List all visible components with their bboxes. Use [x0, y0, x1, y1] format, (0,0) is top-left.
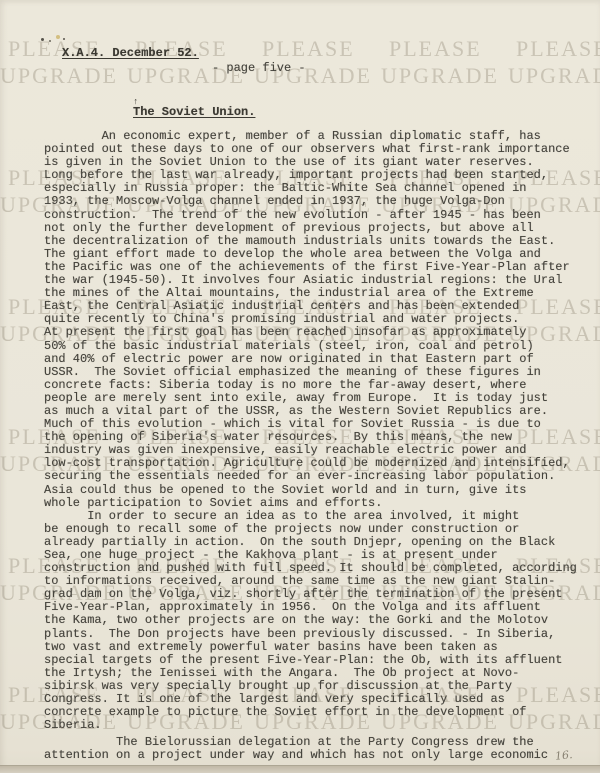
text-line: construction. The trend of the new evolu…: [44, 209, 577, 222]
text-line: 50% of the basic industrial materials (s…: [44, 340, 577, 353]
text-line: people are merely sent into exile, away …: [44, 392, 577, 405]
text-line: not only the further development of prev…: [44, 222, 577, 235]
watermark-text: UPGRADE: [508, 63, 600, 89]
text-line: the Irtysh; the Ienissei with the Angara…: [44, 667, 577, 680]
document-reference: X.A.4. December 52.: [62, 46, 199, 60]
paper-bottom-edge: [0, 765, 600, 773]
handwritten-page-number: 16.: [554, 748, 573, 763]
text-line: concrete facts: Siberia today is no more…: [44, 379, 577, 392]
paragraph: An economic expert, member of a Russian …: [44, 130, 577, 510]
text-line: USSR. The Soviet official emphasized the…: [44, 366, 577, 379]
text-line: two vast and extremely powerful water ba…: [44, 641, 577, 654]
text-line: the decentralization of the mamouth indu…: [44, 235, 577, 248]
text-line: plants. The Don projects have been previ…: [44, 628, 577, 641]
ink-speck: [63, 38, 65, 40]
ink-speck: [49, 40, 51, 42]
text-line: attention on a project under way and whi…: [44, 749, 577, 762]
text-line: In order to secure an idea as to the are…: [44, 510, 577, 523]
watermark-text: PLEASE: [262, 36, 355, 62]
paragraph: The Bielorussian delegation at the Party…: [44, 736, 577, 762]
text-line: At present the first goal has been reach…: [44, 326, 577, 339]
text-line: and 40% of electric power are now origin…: [44, 353, 577, 366]
watermark-text: UPGRADE: [0, 63, 118, 89]
text-line: special targets of the present Five-Year…: [44, 654, 577, 667]
watermark-text: UPGRADE: [381, 63, 499, 89]
text-line: Asia could thus be opened to the Soviet …: [44, 484, 577, 497]
document-page: PLEASEPLEASEPLEASEPLEASEPLEASEUPGRADEUPG…: [0, 0, 600, 773]
text-line: the Kama, two other projects are on the …: [44, 614, 577, 627]
text-line: whole participation to Soviet aims and e…: [44, 497, 577, 510]
page-number-label: - page five -: [212, 61, 306, 75]
section-heading: The Soviet Union.: [133, 105, 255, 119]
text-line: The giant effort made to develop the who…: [44, 248, 577, 261]
stain-spot: [56, 35, 60, 39]
text-line: concrete example to picture the Soviet e…: [44, 706, 577, 719]
text-line: 1933, the Moscow-Volga channel ended in …: [44, 195, 577, 208]
text-line: Siberia.: [44, 719, 577, 732]
watermark-text: PLEASE: [516, 36, 600, 62]
watermark-text: PLEASE: [389, 36, 482, 62]
text-line: be enough to recall some of the projects…: [44, 523, 577, 536]
paragraph: In order to secure an idea as to the are…: [44, 510, 577, 733]
text-line: securing the essentials needed for an ev…: [44, 470, 577, 483]
ink-speck: [41, 38, 44, 41]
document-body: An economic expert, member of a Russian …: [44, 130, 577, 763]
